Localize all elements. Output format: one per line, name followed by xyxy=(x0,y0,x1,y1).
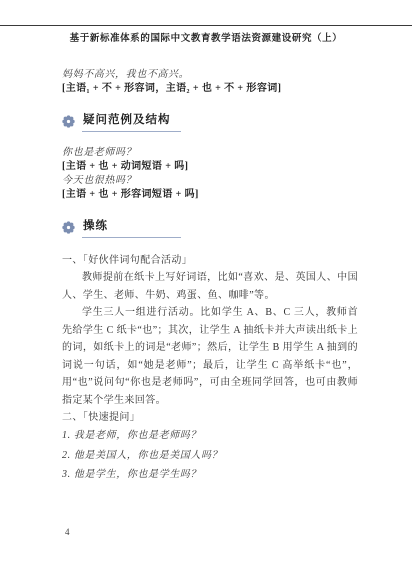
activity-title: 二、「快速提问」 xyxy=(62,409,358,426)
section-heading-questions: 疑问范例及结构 xyxy=(62,111,358,132)
document-page: 基于新标准体系的国际中文教育教学语法资源建设研究（上） 妈妈不高兴，我也不高兴。… xyxy=(0,0,412,581)
gear-flower-icon xyxy=(62,221,75,234)
section-heading-practice: 操练 xyxy=(62,217,358,238)
structure-formula: [主语 + 也 + 形容词短语 + 吗] xyxy=(62,188,358,202)
running-header-title: 基于新标准体系的国际中文教育教学语法资源建设研究（上） xyxy=(0,30,412,44)
activity-paragraph: 教师提前在纸卡上写好词语，比如“喜欢、是、英国人、中国人、学生、老师、牛奶、鸡蛋… xyxy=(62,269,358,304)
drill-question: 2. 他是美国人，你也是美国人吗？ xyxy=(62,446,358,466)
example-sentence: 今天也很热吗？ xyxy=(62,174,358,188)
page-number: 4 xyxy=(65,527,70,537)
structure-formula: [主语₁ + 不 + 形容词，主语₂ + 也 + 不 + 形容词] xyxy=(62,82,358,96)
example-sentence: 你也是老师吗？ xyxy=(62,146,358,160)
page-content: 妈妈不高兴，我也不高兴。 [主语₁ + 不 + 形容词，主语₂ + 也 + 不 … xyxy=(62,68,358,485)
activity-paragraph: 学生三人一组进行活动。比如学生 A、B、C 三人，教师首先给学生 C 纸卡“也”… xyxy=(62,304,358,409)
activity-title: 一、「好伙伴词句配合活动」 xyxy=(62,252,358,269)
drill-question: 3. 他是学生，你也是学生吗？ xyxy=(62,465,358,485)
structure-formula: [主语 + 也 + 动词短语 + 吗] xyxy=(62,160,358,174)
section-heading-label: 操练 xyxy=(82,217,181,238)
gear-flower-icon xyxy=(62,115,75,128)
drill-question: 1. 我是老师，你也是老师吗？ xyxy=(62,426,358,446)
example-sentence: 妈妈不高兴，我也不高兴。 xyxy=(62,68,358,82)
header-rule xyxy=(0,25,412,26)
section-heading-label: 疑问范例及结构 xyxy=(82,111,181,132)
